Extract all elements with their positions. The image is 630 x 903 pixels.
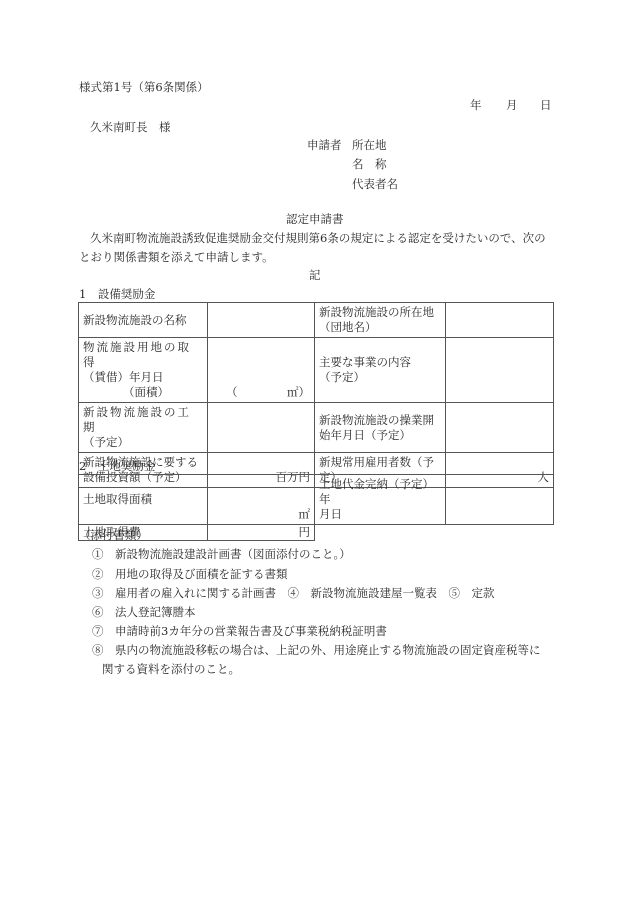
land-area-label: 土地取得面積 <box>79 475 208 525</box>
attachment-item: ⑦ 申請時前3カ年分の営業報告書及び事業税納税証明書 <box>92 624 387 638</box>
attachment-item: ① 新設物流施設建設計画書（図面添付のこと。） <box>92 547 351 561</box>
section2-heading: 2 土地奨励金 <box>79 459 155 473</box>
addressee: 久米南町長 様 <box>90 120 171 134</box>
date-month-label: 月 <box>506 98 518 112</box>
intro-line-1: 久米南町物流施設誘致促進奨励金交付規則第6条の規定による認定を受けたいので、次の <box>90 231 546 245</box>
attachment-item-continuation: 関する資料を添付のこと。 <box>102 662 240 676</box>
yen-unit: 円 <box>299 525 311 539</box>
applicant-address-label: 所在地 <box>352 138 387 152</box>
land-incentive-table: 土地取得面積 ㎡ 土地代金完納（予定）年月日 土地取得費 円 <box>78 474 554 541</box>
attachment-item: ⑥ 法人登記簿謄本 <box>92 605 196 619</box>
section1-heading: 1 設備奨励金 <box>79 287 155 301</box>
land-acquisition-date-field[interactable]: （ ㎡） <box>208 338 315 403</box>
applicant-name-label: 名 称 <box>352 157 387 171</box>
attachment-item: ② 用地の取得及び面積を証する書類 <box>92 567 288 581</box>
facility-location-label: 新設物流施設の所在地（団地名） <box>315 303 446 338</box>
land-payment-date-field[interactable] <box>446 475 554 525</box>
table-row: 新設物流施設の名称 新設物流施設の所在地（団地名） <box>79 303 554 338</box>
facility-name-field[interactable] <box>208 303 315 338</box>
attachments-heading: （添付書類） <box>79 528 148 542</box>
sqm-unit: ㎡ <box>299 507 311 522</box>
attachment-item: ③ 雇用者の雇入れに関する計画書 ④ 新設物流施設建屋一覧表 ⑤ 定款 <box>92 586 495 600</box>
date-year-label: 年 <box>470 98 482 112</box>
table-row: 土地取得面積 ㎡ 土地代金完納（予定）年月日 <box>79 475 554 525</box>
table-row: 物流施設用地の取得 （賃借）年月日 （面積） （ ㎡） 主要な事業の内容（予定） <box>79 338 554 403</box>
intro-line-2: とおり関係書類を添えて申請します。 <box>79 250 274 264</box>
land-cost-field[interactable]: 円 <box>208 525 315 541</box>
ki-heading: 記 <box>309 268 321 282</box>
applicant-representative-label: 代表者名 <box>352 177 398 191</box>
facility-name-label: 新設物流施設の名称 <box>79 303 208 338</box>
area-unit: ㎡） <box>287 385 310 400</box>
table-row: 土地取得費 円 <box>79 525 554 541</box>
construction-period-field[interactable] <box>208 403 315 453</box>
operation-start-label: 新設物流施設の操業開始年月日（予定） <box>315 403 446 453</box>
construction-period-label: 新設物流施設の工期（予定） <box>79 403 208 453</box>
table-row: 新設物流施設の工期（予定） 新設物流施設の操業開始年月日（予定） <box>79 403 554 453</box>
empty-cell <box>446 525 554 541</box>
facility-location-field[interactable] <box>446 303 554 338</box>
empty-cell <box>315 525 446 541</box>
applicant-label: 申請者 <box>307 138 342 152</box>
operation-start-field[interactable] <box>446 403 554 453</box>
main-business-field[interactable] <box>446 338 554 403</box>
attachment-item: ⑧ 県内の物流施設移転の場合は、上記の外、用途廃止する物流施設の固定資産税等に <box>92 643 541 657</box>
form-number: 様式第1号（第6条関係） <box>79 80 209 94</box>
main-business-label: 主要な事業の内容（予定） <box>315 338 446 403</box>
land-area-field[interactable]: ㎡ <box>208 475 315 525</box>
land-acquisition-date-label: 物流施設用地の取得 （賃借）年月日 （面積） <box>79 338 208 403</box>
land-payment-date-label: 土地代金完納（予定）年月日 <box>315 475 446 525</box>
document-title: 認定申請書 <box>286 212 344 226</box>
date-day-label: 日 <box>540 98 552 112</box>
